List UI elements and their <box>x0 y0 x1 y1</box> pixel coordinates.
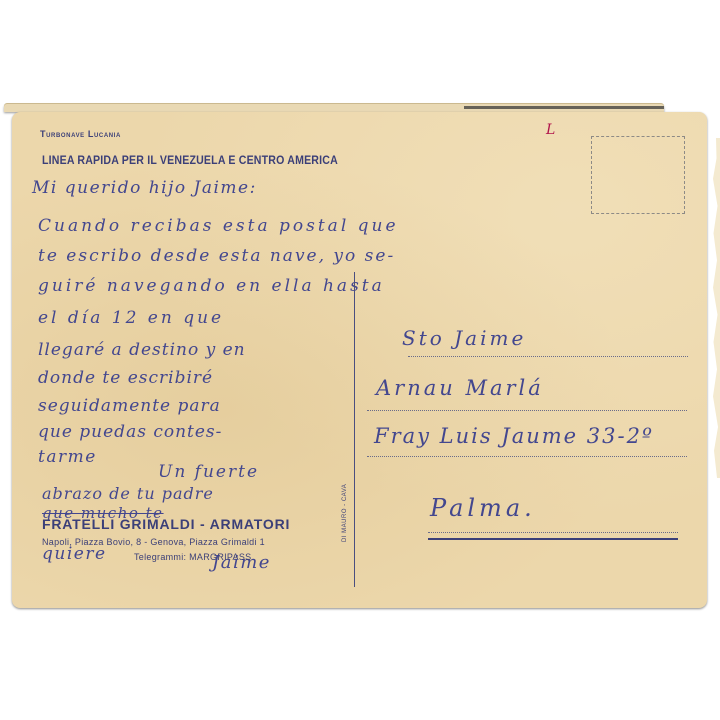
address-line: Fray Luis Jaume 33-2º <box>374 424 654 448</box>
address-city: Palma. <box>430 494 536 522</box>
message-line: abrazo de tu padre <box>42 484 214 503</box>
telegram-address: Telegrammi: MARGRIPASS <box>134 552 251 562</box>
address-line: Sto Jaime <box>402 326 526 350</box>
message-line: el día 12 en que <box>38 308 224 328</box>
route-line: LINEA RAPIDA PER IL VENEZUELA E CENTRO A… <box>42 155 338 167</box>
message-line: guiré navegando en ella hasta <box>38 276 385 296</box>
stamp-box <box>591 136 685 214</box>
underlying-postcard-edge <box>4 104 664 112</box>
printer-credit: DI MAURO - CAVA <box>342 484 348 542</box>
message-line: Cuando recibas esta postal que <box>38 216 399 236</box>
postcard: Turbonave Lucania LINEA RAPIDA PER IL VE… <box>12 112 707 608</box>
address-dotted-line <box>428 532 678 533</box>
message-line: te escribo desde esta nave, yo se- <box>38 246 395 266</box>
address-underline <box>428 538 678 540</box>
address-dotted-line <box>408 356 688 357</box>
message-line: seguidamente para <box>38 396 221 416</box>
center-divider <box>354 272 355 587</box>
message-line: llegaré a destino y en <box>38 340 246 360</box>
company-name: FRATELLI GRIMALDI - ARMATORI <box>42 516 290 532</box>
message-line: Un fuerte <box>158 462 259 482</box>
address-dotted-line <box>367 456 687 457</box>
message-line: Mi querido hijo Jaime: <box>32 178 257 198</box>
torn-paper-edge <box>712 138 720 478</box>
company-address: Napoli, Piazza Bovio, 8 - Genova, Piazza… <box>42 537 265 547</box>
message-line: donde te escribiré <box>38 368 213 388</box>
ship-name: Turbonave Lucania <box>40 129 121 139</box>
message-line: quiere <box>42 544 107 564</box>
corner-mark: L <box>546 122 555 138</box>
address-line: Arnau Marlá <box>376 376 544 400</box>
address-dotted-line <box>367 410 687 411</box>
message-line: tarme <box>38 447 97 467</box>
message-line: que puedas contes- <box>38 422 222 442</box>
